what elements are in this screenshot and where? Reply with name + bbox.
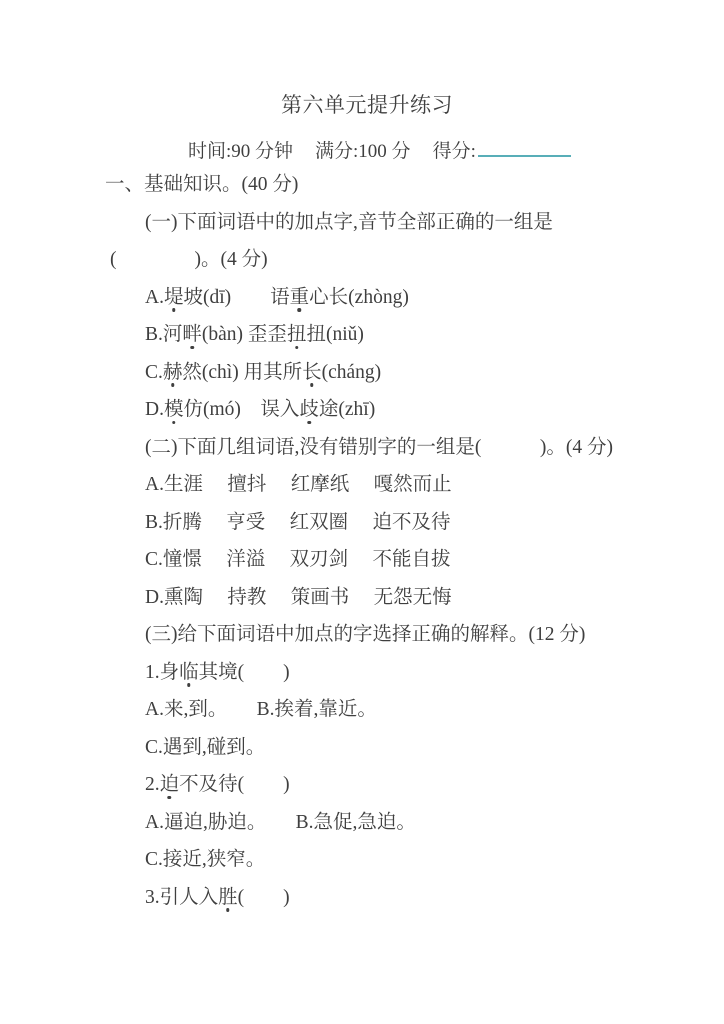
emphasis-dotted-char: 长 [302,362,322,383]
text-segment: 途(zhī) [319,399,375,420]
text-segment: 2. [145,774,160,795]
full-score-label: 满分:100 分 [315,136,411,163]
emphasis-dotted-char: 赫 [163,362,183,383]
text-segment: ( )。(4 分) [110,249,268,270]
text-segment: 扭(niǔ) [306,324,363,345]
text-segment: (一)下面词语中的加点字,音节全部正确的一组是 [145,212,553,233]
text-segment: 一、基础知识。(40 分) [105,174,298,195]
emphasis-dotted-char: 胜 [218,887,238,908]
text-line: C.遇到,碰到。 [0,729,724,767]
text-segment: (bàn) 歪歪 [202,324,287,345]
text-segment: 仿(mó) 误入 [183,399,299,420]
worksheet-page: 第六单元提升练习 时间:90 分钟 满分:100 分 得分: 一、基础知识。(4… [0,0,724,1024]
text-line: C.憧憬 洋溢 双刃剑 不能自拔 [0,541,724,579]
time-label: 时间:90 分钟 [188,136,293,163]
text-segment: 不及待( ) [179,774,290,795]
emphasis-dotted-char: 迫 [160,774,180,795]
text-line: 3.引人入胜( ) [0,879,724,917]
emphasis-dotted-char: 模 [164,399,184,420]
text-segment: D.熏陶 持教 策画书 无怨无悔 [145,587,452,608]
emphasis-dotted-char: 歧 [299,399,319,420]
text-line: D.模仿(mó) 误入歧途(zhī) [0,391,724,429]
text-line: B.折腾 亨受 红双圈 迫不及待 [0,504,724,542]
text-segment: A. [145,287,164,308]
emphasis-dotted-char: 重 [290,287,310,308]
text-line: (三)给下面词语中加点的字选择正确的解释。(12 分) [0,616,724,654]
text-segment: (三)给下面词语中加点的字选择正确的解释。(12 分) [145,624,585,645]
score-group: 得分: [433,136,571,163]
text-segment: 其境( ) [199,662,290,683]
text-segment: 1.身 [145,662,179,683]
text-line: A.堤坡(dī) 语重心长(zhòng) [0,279,724,317]
emphasis-dotted-char: 扭 [287,324,307,345]
text-line: C.接近,狭窄。 [0,841,724,879]
text-line: B.河畔(bàn) 歪歪扭扭(niǔ) [0,316,724,354]
document-body: 一、基础知识。(40 分)(一)下面词语中的加点字,音节全部正确的一组是( )。… [0,166,724,916]
text-line: A.来,到。 B.挨着,靠近。 [0,691,724,729]
score-blank-line [478,140,571,157]
text-segment: 坡(dī) [183,287,231,308]
text-segment: A.生涯 擅抖 红摩纸 嘎然而止 [145,474,452,495]
text-line: D.熏陶 持教 策画书 无怨无悔 [0,579,724,617]
text-segment: (二)下面几组词语,没有错别字的一组是( )。(4 分) [145,437,613,458]
text-segment: 3.引人入 [145,887,218,908]
page-title: 第六单元提升练习 [5,89,724,119]
text-line: ( )。(4 分) [0,241,724,279]
text-line: A.生涯 擅抖 红摩纸 嘎然而止 [0,466,724,504]
text-segment: D. [145,399,164,420]
text-segment: ( ) [238,887,290,908]
text-line: (一)下面词语中的加点字,音节全部正确的一组是 [0,204,724,242]
text-segment: C.憧憬 洋溢 双刃剑 不能自拔 [145,549,451,570]
text-line: C.赫然(chì) 用其所长(cháng) [0,354,724,392]
text-segment: C.接近,狭窄。 [145,849,265,870]
text-segment: B.河 [145,324,182,345]
text-segment: 语 [231,287,290,308]
emphasis-dotted-char: 畔 [182,324,202,345]
text-segment: B.折腾 亨受 红双圈 迫不及待 [145,512,451,533]
emphasis-dotted-char: 堤 [164,287,184,308]
text-line: 一、基础知识。(40 分) [0,166,724,204]
text-segment: 心长(zhòng) [309,287,409,308]
score-label: 得分: [433,136,476,163]
text-segment: C.遇到,碰到。 [145,737,265,758]
text-line: (二)下面几组词语,没有错别字的一组是( )。(4 分) [0,429,724,467]
text-segment: A.逼迫,胁迫。 B.急促,急迫。 [145,812,416,833]
text-segment: (cháng) [322,362,382,383]
text-segment: C. [145,362,163,383]
text-line: 1.身临其境( ) [0,654,724,692]
meta-line: 时间:90 分钟 满分:100 分 得分: [188,136,571,163]
emphasis-dotted-char: 临 [179,662,199,683]
text-line: 2.迫不及待( ) [0,766,724,804]
text-line: A.逼迫,胁迫。 B.急促,急迫。 [0,804,724,842]
text-segment: A.来,到。 B.挨着,靠近。 [145,699,377,720]
text-segment: 然(chì) 用其所 [182,362,302,383]
